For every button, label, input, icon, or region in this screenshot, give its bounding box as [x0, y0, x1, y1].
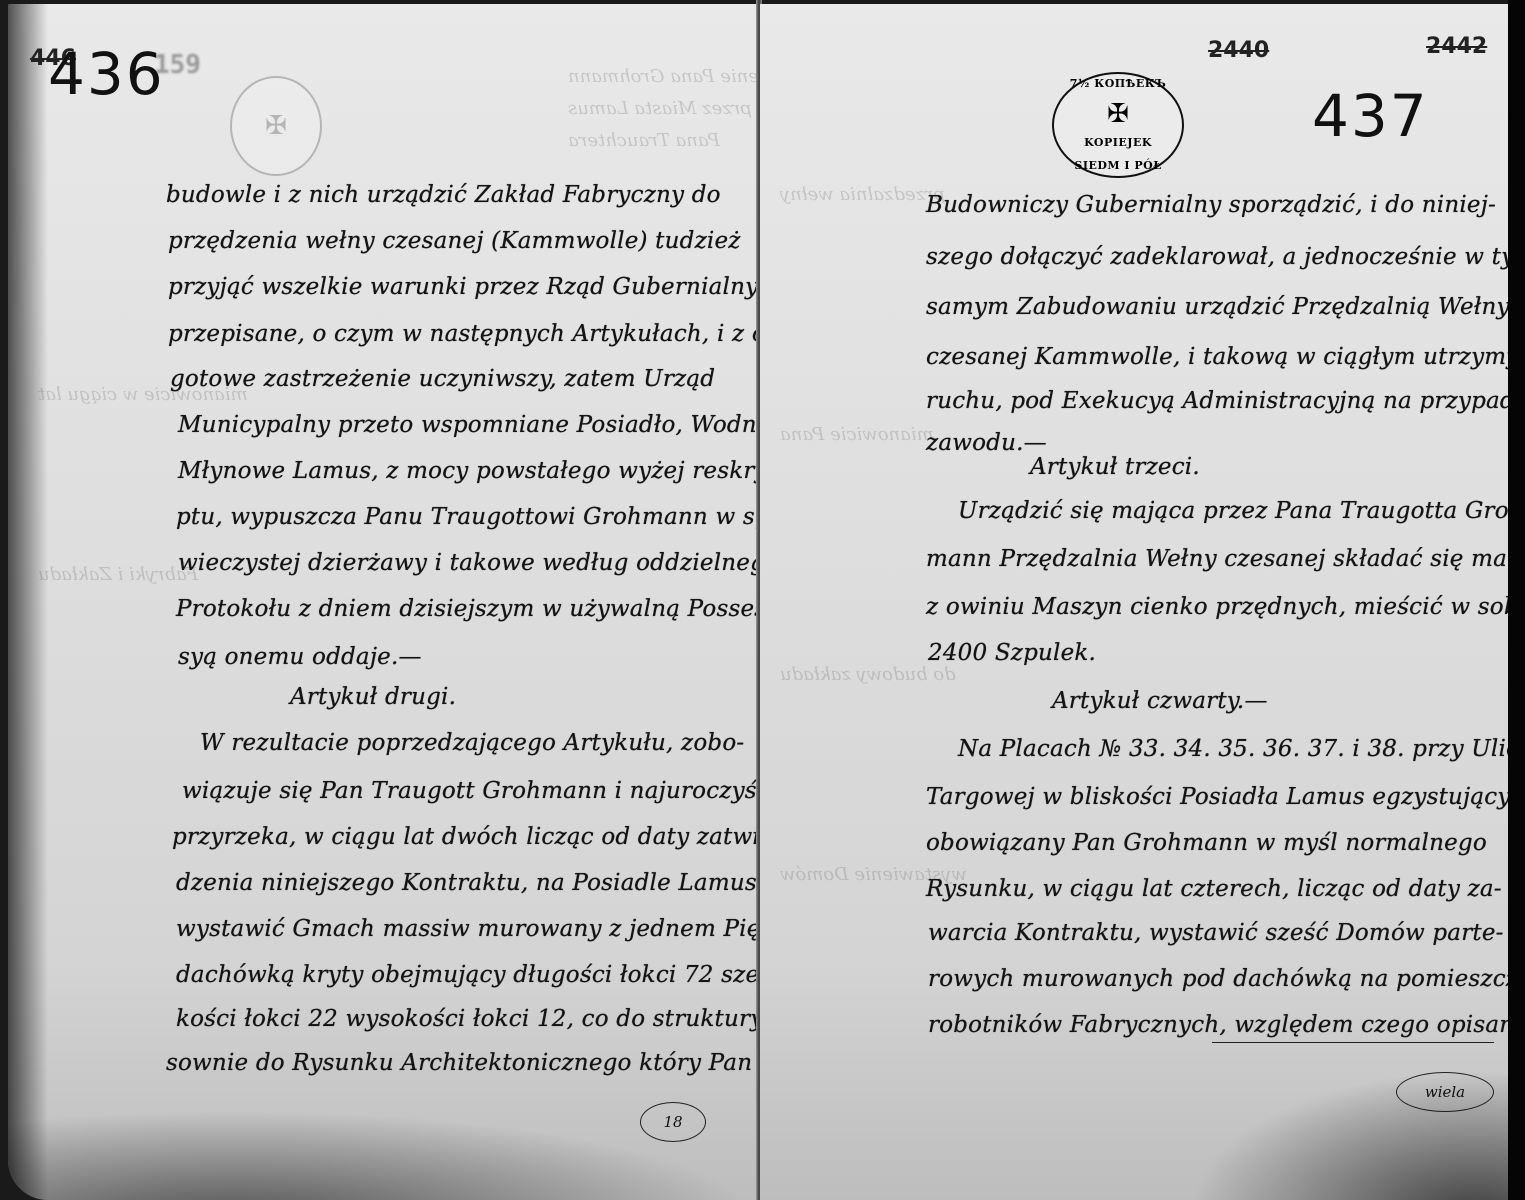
article-heading: Artykuł czwarty.— [1052, 688, 1268, 714]
text-line: robotników Fabrycznych, względem czego o… [928, 1012, 1508, 1038]
text-line: ruchu, pod Exekucyą Administracyjną na p… [926, 388, 1508, 414]
text-line: sownie do Rysunku Architektonicznego któ… [166, 1050, 752, 1076]
text-line: szego dołączyć zadeklarował, a jednocześ… [926, 244, 1508, 270]
text-line: przyjąć wszelkie warunki przez Rząd Gube… [168, 274, 758, 300]
text-line: gotowe zastrzeżenie uczyniwszy, zatem Ur… [170, 366, 715, 392]
underline-rule [1212, 1042, 1494, 1043]
text-line: warcia Kontraktu, wystawić sześć Domów p… [928, 920, 1504, 946]
text-line: wystawić Gmach massiw murowany z jednem … [176, 916, 758, 942]
text-line: zawodu.— [926, 430, 1047, 456]
text-line: Młynowe Lamus, z mocy powstałego wyżej r… [178, 458, 758, 484]
text-line: budowle i z nich urządzić Zakład Fabrycz… [166, 182, 721, 208]
text-line: wiązuje się Pan Traugott Grohmann i naju… [182, 778, 758, 804]
text-line: dzenia niniejszego Kontraktu, na Posiadl… [176, 870, 757, 896]
page-mark-oval: 18 [640, 1102, 706, 1142]
text-line: Budowniczy Gubernialny sporządzić, i do … [926, 192, 1496, 218]
right-page: przedzalnia wełny mianowicie Pana do bud… [760, 4, 1508, 1200]
text-line: syą onemu oddaje.— [178, 644, 422, 670]
catchword-text: wiela [1425, 1083, 1465, 1101]
text-line: Rysunku, w ciągu lat czterech, licząc od… [926, 876, 1502, 902]
text-line: Municypalny przeto wspomniane Posiadło, … [178, 412, 758, 438]
text-line: mann Przędzalnia Wełny czesanej składać … [926, 546, 1507, 572]
page-mark-text: 18 [663, 1113, 682, 1131]
right-page-text: Budowniczy Gubernialny sporządzić, i do … [760, 4, 1508, 1200]
text-line: Na Placach № 33. 34. 35. 36. 37. i 38. p… [958, 736, 1508, 762]
text-line: przyrzeka, w ciągu lat dwóch licząc od d… [172, 824, 758, 850]
text-line: czesanej Kammwolle, i takową w ciągłym u… [926, 344, 1508, 370]
text-line: 2400 Szpulek. [928, 640, 1096, 666]
left-page-text: budowle i z nich urządzić Zakład Fabrycz… [8, 4, 758, 1200]
document-spread: wyznaczenie Pana Grohmann przez Miasta L… [0, 0, 1525, 1200]
text-line: kości łokci 22 wysokości łokci 12, co do… [176, 1006, 758, 1032]
text-line: ptu, wypuszcza Panu Traugottowi Grohmann… [176, 504, 758, 530]
text-line: Targowej w bliskości Posiadła Lamus egzy… [926, 784, 1508, 810]
article-heading: Artykuł trzeci. [1030, 454, 1200, 480]
scan-edge [1508, 0, 1525, 1200]
text-line: samym Zabudowaniu urządzić Przędzalnią W… [926, 294, 1508, 320]
text-line: wieczystej dzierżawy i takowe według odd… [178, 550, 758, 576]
left-page: wyznaczenie Pana Grohmann przez Miasta L… [8, 4, 758, 1200]
article-heading: Artykuł drugi. [290, 684, 456, 710]
text-line: dachówką kryty obejmujący długości łokci… [176, 962, 758, 988]
text-line: rowych murowanych pod dachówką na pomies… [928, 966, 1508, 992]
text-line: obowiązany Pan Grohmann w myśl normalneg… [926, 830, 1487, 856]
text-line: Protokołu z dniem dzisiejszym w używalną… [176, 596, 758, 622]
text-line: z owiniu Maszyn cienko przędnych, mieści… [926, 594, 1508, 620]
text-line: W rezultacie poprzedzającego Artykułu, z… [200, 730, 744, 756]
text-line: Urządzić się mająca przez Pana Traugotta… [958, 498, 1508, 524]
text-line: przędzenia wełny czesanej (Kammwolle) tu… [168, 228, 741, 254]
text-line: przepisane, o czym w następnych Artykuła… [168, 321, 758, 347]
catchword-oval: wiela [1396, 1072, 1494, 1112]
